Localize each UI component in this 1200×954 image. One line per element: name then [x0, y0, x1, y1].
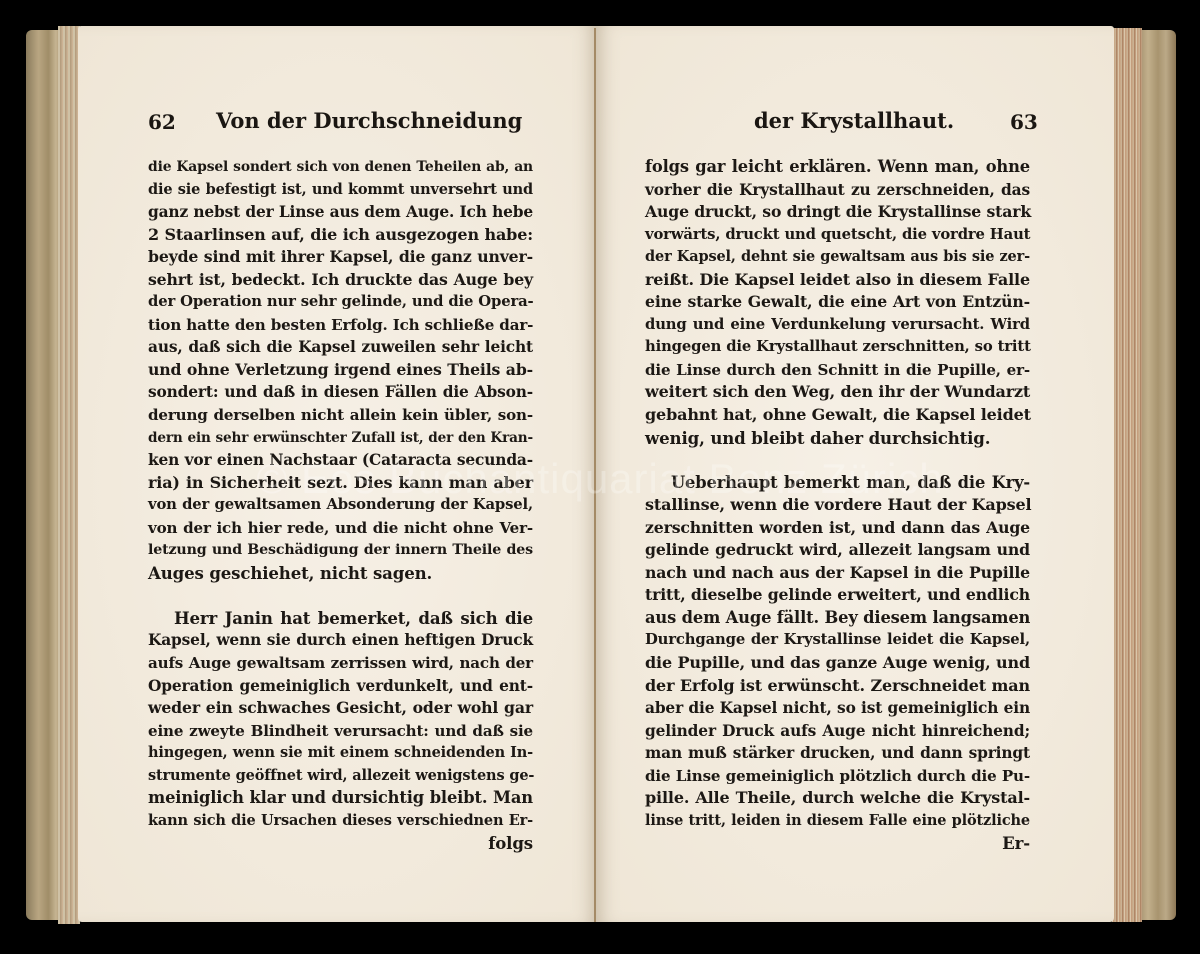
text-line: weder ein schwaches Gesicht, oder wohl g…: [148, 697, 533, 720]
text-line: kann sich die Ursachen dieses verschiedn…: [148, 810, 533, 833]
text-line: reißt. Die Kapsel leidet also in diesem …: [645, 269, 1030, 292]
catchword: Er-: [645, 832, 1030, 855]
text-line: Operation gemeiniglich verdunkelt, und e…: [148, 675, 533, 698]
text-line: die Pupille, und das ganze Auge wenig, u…: [645, 652, 1030, 675]
open-book: 62 Von der Durchschneidung die Kapsel so…: [0, 0, 1200, 954]
text-line: aufs Auge gewaltsam zerrissen wird, nach…: [148, 652, 533, 675]
text-line: wenig, und bleibt daher durchsichtig.: [645, 427, 1030, 450]
text-line: Ueberhaupt bemerkt man, daß die Kry-: [645, 472, 1030, 495]
text-line: aber die Kapsel nicht, so ist gemeinigli…: [645, 697, 1030, 720]
text-line: hingegen, wenn sie mit einem schneidende…: [148, 742, 533, 765]
text-line: Herr Janin hat bemerket, daß sich die: [148, 607, 533, 630]
text-line: nach und nach aus der Kapsel in die Pupi…: [645, 562, 1030, 585]
text-line: meiniglich klar und dursichtig bleibt. M…: [148, 787, 533, 810]
text-line: Kapsel, wenn sie durch einen heftigen Dr…: [148, 629, 533, 652]
text-line: man muß stärker drucken, und dann spring…: [645, 742, 1030, 765]
text-line: tion hatte den besten Erfolg. Ich schlie…: [148, 314, 533, 337]
right-page-body: folgs gar leicht erklären. Wenn man, ohn…: [645, 156, 1030, 855]
text-line: eine zweyte Blindheit verursacht: und da…: [148, 720, 533, 743]
text-line: stallinse, wenn die vordere Haut der Kap…: [645, 494, 1030, 517]
text-line: ganz nebst der Linse aus dem Auge. Ich h…: [148, 201, 533, 224]
paragraph-gap: [148, 584, 533, 607]
text-line: vorwärts, druckt und quetscht, die vordr…: [645, 224, 1030, 247]
text-line: weitert sich den Weg, den ihr der Wundar…: [645, 381, 1030, 404]
text-line: und ohne Verletzung irgend eines Theils …: [148, 359, 533, 382]
text-line: ria) in Sicherheit sezt. Dies kann man a…: [148, 472, 533, 495]
text-line: derung derselben nicht allein kein übler…: [148, 404, 533, 427]
text-line: ken vor einen Nachstaar (Cataracta secun…: [148, 449, 533, 472]
text-line: sehrt ist, bedeckt. Ich druckte das Auge…: [148, 269, 533, 292]
text-line: letzung und Beschädigung der innern Thei…: [148, 539, 533, 562]
text-line: strumente geöffnet wird, allezeit wenigs…: [148, 765, 533, 788]
text-line: von der gewaltsamen Absonderung der Kaps…: [148, 494, 533, 517]
text-line: der Kapsel, dehnt sie gewaltsam aus bis …: [645, 246, 1030, 269]
left-page: 62 Von der Durchschneidung die Kapsel so…: [78, 26, 596, 922]
catchword: folgs: [148, 832, 533, 855]
running-head-right: der Krystallhaut.: [754, 108, 954, 133]
text-line: hingegen die Krystallhaut zerschnitten, …: [645, 336, 1030, 359]
text-line: 2 Staarlinsen auf, die ich ausgezogen ha…: [148, 224, 533, 247]
right-page-edges: [1112, 28, 1142, 922]
text-line: beyde sind mit ihrer Kapsel, die ganz un…: [148, 246, 533, 269]
text-line: gelinder Druck aufs Auge nicht hinreiche…: [645, 720, 1030, 743]
text-line: Auges geschiehet, nicht sagen.: [148, 562, 533, 585]
text-line: pille. Alle Theile, durch welche die Kry…: [645, 787, 1030, 810]
text-line: vorher die Krystallhaut zu zerschneiden,…: [645, 179, 1030, 202]
text-line: gelinde gedruckt wird, allezeit langsam …: [645, 539, 1030, 562]
text-line: dung und eine Verdunkelung verursacht. W…: [645, 314, 1030, 337]
text-line: die sie befestigt ist, und kommt unverse…: [148, 179, 533, 202]
text-line: gebahnt hat, ohne Gewalt, die Kapsel lei…: [645, 404, 1030, 427]
left-page-body: die Kapsel sondert sich von denen Teheil…: [148, 156, 533, 855]
text-line: sondert: und daß in diesen Fällen die Ab…: [148, 381, 533, 404]
text-line: die Linse gemeiniglich plötzlich durch d…: [645, 765, 1030, 788]
text-line: der Erfolg ist erwünscht. Zerschneidet m…: [645, 675, 1030, 698]
paragraph-gap: [645, 449, 1030, 472]
text-line: aus, daß sich die Kapsel zuweilen sehr l…: [148, 336, 533, 359]
running-head-left: Von der Durchschneidung: [216, 108, 522, 133]
right-cover-board: [1136, 30, 1176, 920]
text-line: zerschnitten worden ist, und dann das Au…: [645, 517, 1030, 540]
text-line: der Operation nur sehr gelinde, und die …: [148, 291, 533, 314]
text-line: aus dem Auge fällt. Bey diesem langsamen: [645, 607, 1030, 630]
text-line: von der ich hier rede, und die nicht ohn…: [148, 517, 533, 540]
text-line: folgs gar leicht erklären. Wenn man, ohn…: [645, 156, 1030, 179]
text-line: dern ein sehr erwünschter Zufall ist, de…: [148, 427, 533, 450]
text-line: Durchgange der Krystallinse leidet die K…: [645, 629, 1030, 652]
text-line: eine starke Gewalt, die eine Art von Ent…: [645, 291, 1030, 314]
page-number-left: 62: [148, 110, 176, 134]
text-line: linse tritt, leiden in diesem Falle eine…: [645, 810, 1030, 833]
page-number-right: 63: [1010, 110, 1038, 134]
text-line: die Kapsel sondert sich von denen Teheil…: [148, 156, 533, 179]
text-line: die Linse durch den Schnitt in die Pupil…: [645, 359, 1030, 382]
left-page-edges: [58, 26, 80, 924]
text-line: Auge druckt, so dringt die Krystallinse …: [645, 201, 1030, 224]
right-page: der Krystallhaut. 63 folgs gar leicht er…: [596, 26, 1114, 922]
text-line: tritt, dieselbe gelinde erweitert, und e…: [645, 584, 1030, 607]
